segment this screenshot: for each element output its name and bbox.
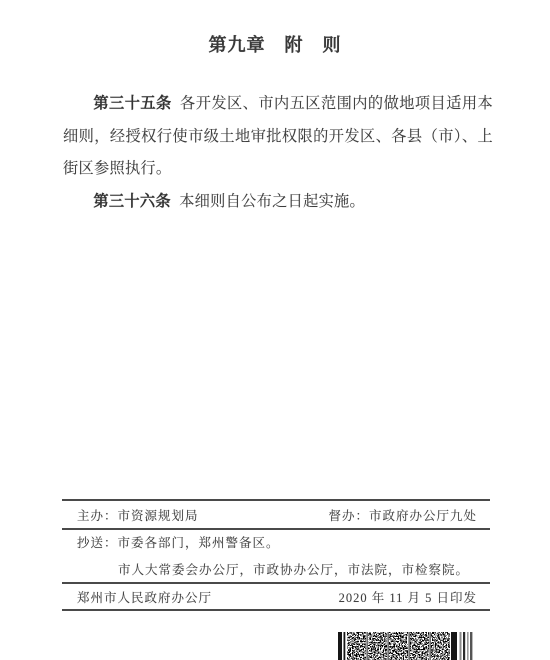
sponsor-supervisor-row: 主办：市资源规划局 督办：市政府办公厅九处 bbox=[62, 501, 490, 530]
document-page: 第九章 附 则 第三十五条各开发区、市内五区范围内的做地项目适用本细则，经授权行… bbox=[0, 0, 550, 660]
sponsor-text: 主办：市资源规划局 bbox=[77, 506, 199, 524]
article-36-text: 本细则自公布之日起实施。 bbox=[179, 193, 365, 210]
print-date-text: 2020 年 11 月 5 日印发 bbox=[339, 588, 477, 606]
supervisor-text: 督办：市政府办公厅九处 bbox=[328, 506, 477, 524]
cc-first-line: 抄送：市委各部门，郑州警备区。 bbox=[77, 530, 477, 557]
cc-line2-text: 市人大常委会办公厅，市政协办公厅，市法院，市检察院。 bbox=[118, 557, 477, 584]
document-footer: 主办：市资源规划局 督办：市政府办公厅九处 抄送：市委各部门，郑州警备区。 市人… bbox=[62, 499, 490, 611]
issuer-row: 郑州市人民政府办公厅 2020 年 11 月 5 日印发 bbox=[62, 584, 490, 611]
cc-section: 抄送：市委各部门，郑州警备区。 市人大常委会办公厅，市政协办公厅，市法院，市检察… bbox=[62, 530, 490, 584]
cc-label: 抄送： bbox=[77, 536, 118, 550]
document-body: 第三十五条各开发区、市内五区范围内的做地项目适用本细则，经授权行使市级土地审批权… bbox=[63, 88, 493, 218]
chapter-title: 第九章 附 则 bbox=[60, 33, 490, 57]
article-36-paragraph: 第三十六条本细则自公布之日起实施。 bbox=[63, 186, 493, 219]
document-barcode bbox=[338, 632, 475, 660]
article-36-number: 第三十六条 bbox=[93, 193, 170, 210]
cc-line1-text: 市委各部门，郑州警备区。 bbox=[118, 536, 280, 550]
article-35-number: 第三十五条 bbox=[93, 95, 171, 112]
article-35-paragraph: 第三十五条各开发区、市内五区范围内的做地项目适用本细则，经授权行使市级土地审批权… bbox=[63, 88, 493, 186]
issuer-text: 郑州市人民政府办公厅 bbox=[77, 588, 212, 606]
barcode-graphic bbox=[338, 632, 475, 660]
